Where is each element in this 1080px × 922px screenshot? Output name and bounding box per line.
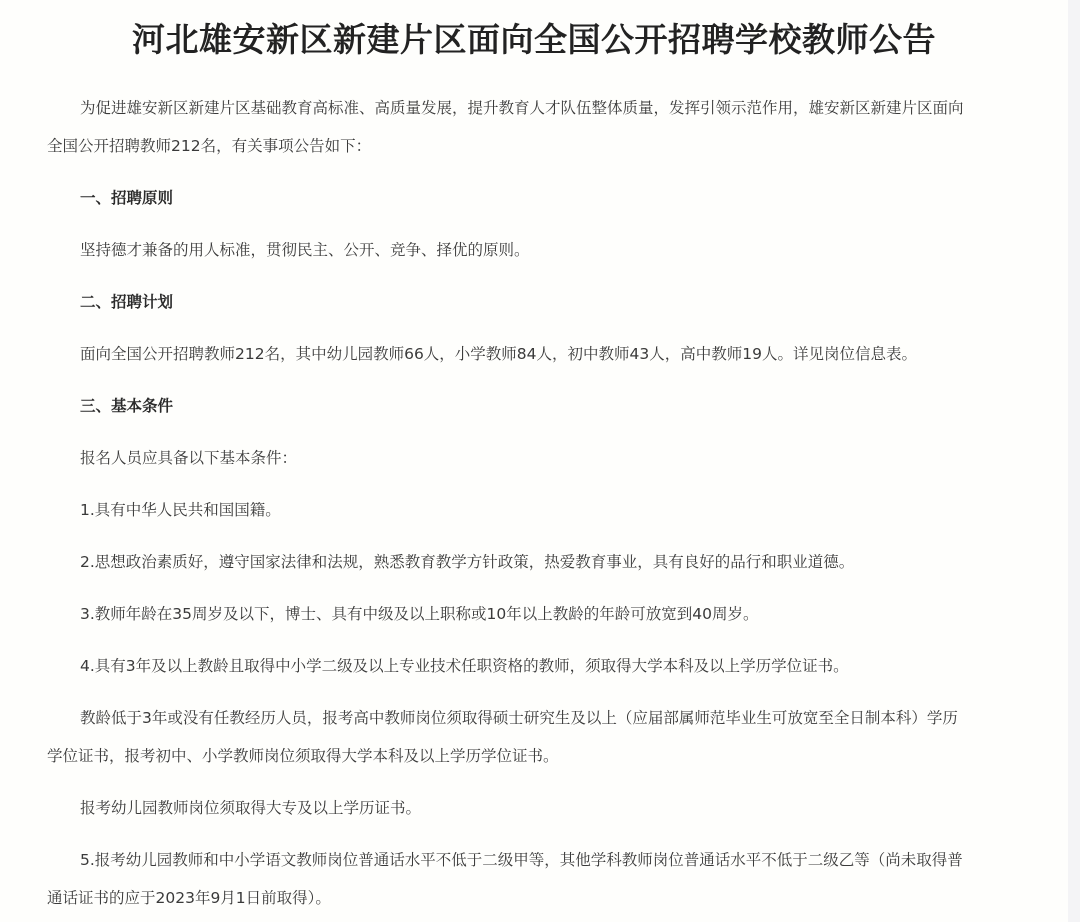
- condition-item-3: 3.教师年龄在35周岁及以下，博士、具有中级及以上职称或10年以上教龄的年龄可放…: [80, 603, 758, 625]
- intro-paragraph-line-2: 全国公开招聘教师212名，有关事项公告如下：: [47, 135, 371, 157]
- section-heading-conditions: 三、基本条件: [80, 395, 173, 417]
- section-paragraph: 报名人员应具备以下基本条件：: [80, 447, 297, 469]
- section-heading-plan: 二、招聘计划: [80, 291, 173, 313]
- page-title: 河北雄安新区新建片区面向全国公开招聘学校教师公告: [0, 18, 1068, 62]
- condition-paragraph-line-1: 教龄低于3年或没有任教经历人员，报考高中教师岗位须取得硕士研究生及以上（应届部属…: [80, 707, 958, 729]
- condition-paragraph-line-2: 学位证书，报考初中、小学教师岗位须取得大学本科及以上学历学位证书。: [47, 745, 559, 767]
- condition-paragraph: 报考幼儿园教师岗位须取得大专及以上学历证书。: [80, 797, 421, 819]
- condition-item-5-line-2: 通话证书的应于2023年9月1日前取得）。: [47, 887, 331, 909]
- section-paragraph: 面向全国公开招聘教师212名，其中幼儿园教师66人，小学教师84人，初中教师43…: [80, 343, 917, 365]
- page-scrollbar-track[interactable]: [1068, 0, 1080, 922]
- condition-item-1: 1.具有中华人民共和国国籍。: [80, 499, 281, 521]
- section-heading-principles: 一、招聘原则: [80, 187, 173, 209]
- condition-item-4: 4.具有3年及以上教龄且取得中小学二级及以上专业技术任职资格的教师，须取得大学本…: [80, 655, 849, 677]
- condition-item-2: 2.思想政治素质好，遵守国家法律和法规，熟悉教育教学方针政策，热爱教育事业，具有…: [80, 551, 854, 573]
- section-paragraph: 坚持德才兼备的用人标准，贯彻民主、公开、竞争、择优的原则。: [80, 239, 530, 261]
- condition-item-5-line-1: 5.报考幼儿园教师和中小学语文教师岗位普通话水平不低于二级甲等，其他学科教师岗位…: [80, 849, 963, 871]
- announcement-article: 河北雄安新区新建片区面向全国公开招聘学校教师公告 为促进雄安新区新建片区基础教育…: [0, 0, 1068, 922]
- intro-paragraph-line-1: 为促进雄安新区新建片区基础教育高标准、高质量发展，提升教育人才队伍整体质量，发挥…: [80, 97, 964, 119]
